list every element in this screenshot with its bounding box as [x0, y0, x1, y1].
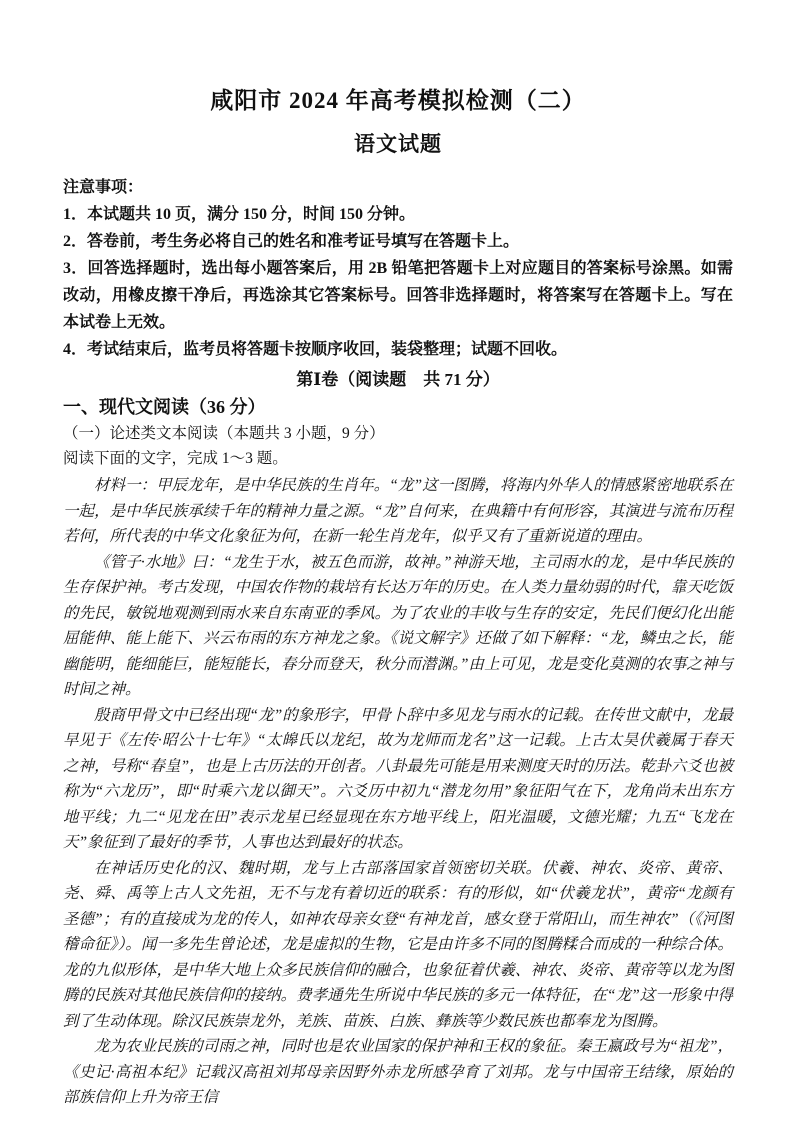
exam-title: 咸阳市 2024 年高考模拟检测（二）	[63, 86, 733, 116]
notice-item-1: 1．本试题共 10 页，满分 150 分，时间 150 分钟。	[63, 201, 733, 228]
passage-paragraph-2: 《管子·水地》曰：“龙生于水，被五色而游，故神。”神游天地，主司雨水的龙，是中华…	[63, 550, 733, 703]
passage-paragraph-5: 龙为农业民族的司雨之神，同时也是农业国家的保护神和王权的象征。秦王嬴政号为“祖龙…	[63, 1034, 733, 1111]
part-1-modern-reading-heading: 一、现代文阅读（36 分）	[63, 393, 733, 421]
volume-1-heading: 第Ⅰ卷（阅读题 共 71 分）	[63, 366, 733, 393]
reading-instruction: 阅读下面的文字，完成 1～3 题。	[63, 447, 733, 471]
notice-heading: 注意事项：	[63, 174, 733, 201]
passage-paragraph-3: 殷商甲骨文中已经出现“龙”的象形字，甲骨卜辞中多见龙与雨水的记载。在传世文献中，…	[63, 703, 733, 856]
notice-section: 注意事项： 1．本试题共 10 页，满分 150 分，时间 150 分钟。 2．…	[63, 174, 733, 363]
notice-item-4: 4．考试结束后，监考员将答题卡按顺序收回，装袋整理；试题不回收。	[63, 336, 733, 363]
passage-paragraph-4: 在神话历史化的汉、魏时期，龙与上古部落国家首领密切关联。伏羲、神农、炎帝、黄帝、…	[63, 856, 733, 1035]
notice-item-2: 2．答卷前，考生务必将自己的姓名和准考证号填写在答题卡上。	[63, 228, 733, 255]
reading-passage: 材料一：甲辰龙年，是中华民族的生肖年。“龙”这一图腾，将海内外华人的情感紧密地联…	[63, 473, 733, 1111]
exam-subject-title: 语文试题	[63, 130, 733, 158]
notice-item-3: 3．回答选择题时，选出每小题答案后，用 2B 铅笔把答题卡上对应题目的答案标号涂…	[63, 255, 733, 336]
subpart-argumentative-reading-heading: （一）论述类文本阅读（本题共 3 小题，9 分）	[63, 421, 733, 447]
exam-paper-page: 咸阳市 2024 年高考模拟检测（二） 语文试题 注意事项： 1．本试题共 10…	[0, 0, 793, 1122]
passage-paragraph-1: 材料一：甲辰龙年，是中华民族的生肖年。“龙”这一图腾，将海内外华人的情感紧密地联…	[63, 473, 733, 550]
